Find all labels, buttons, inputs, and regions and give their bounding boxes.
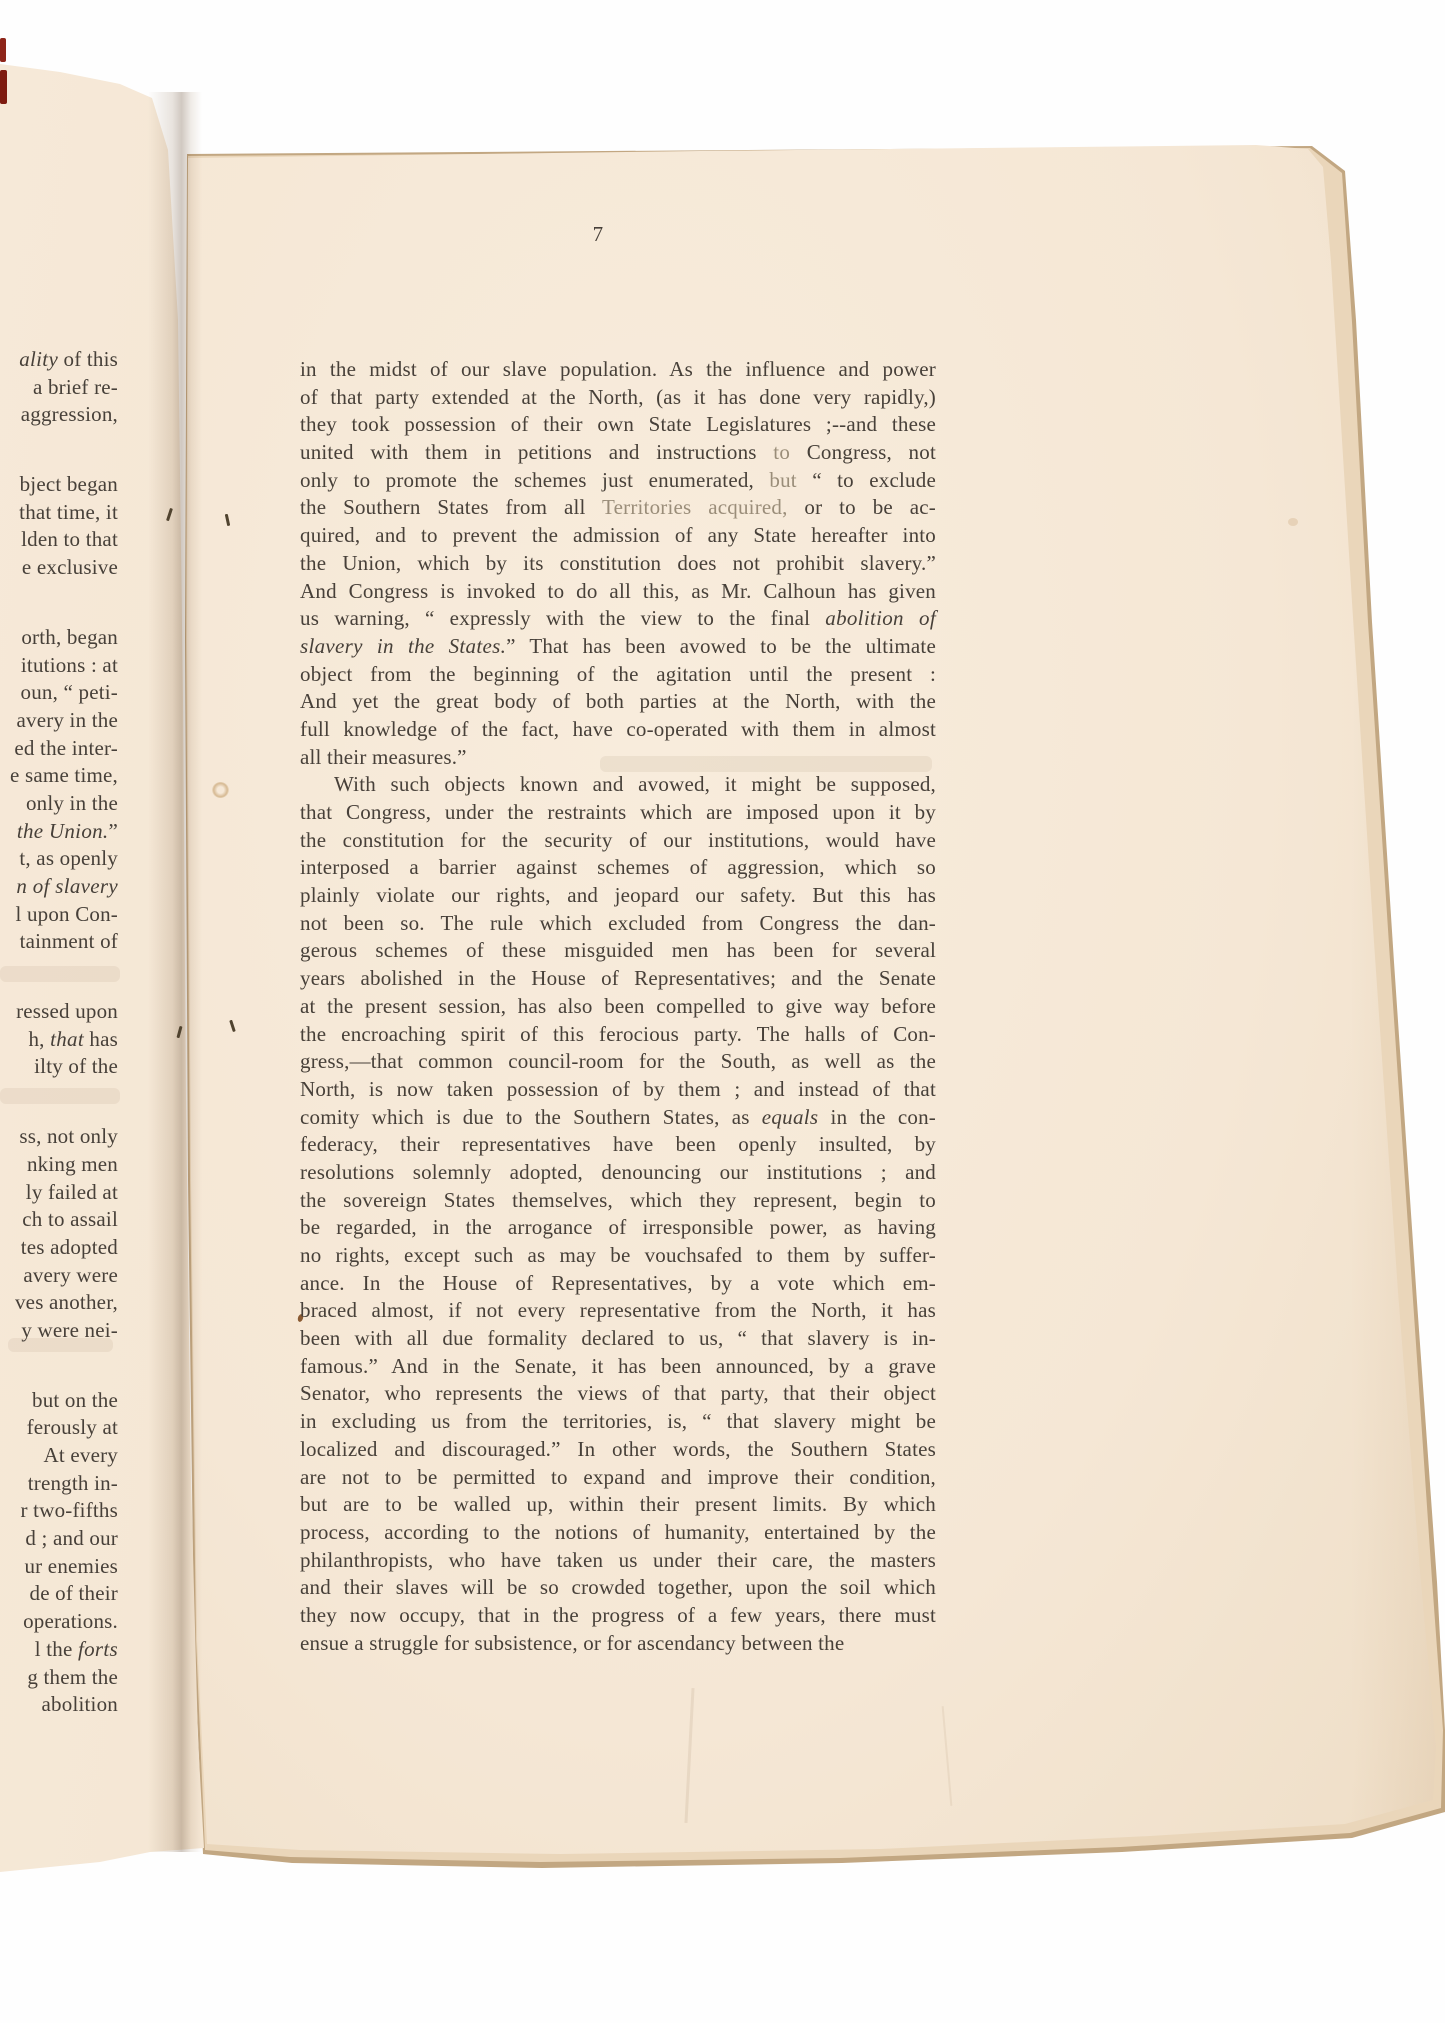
italic-text: slavery in the States. [300,634,506,658]
text-run: l the [35,1637,78,1661]
main-text-column: in the midst of our slave population. As… [300,356,936,1657]
text-line: ur enemies [0,1553,118,1581]
text-run: of this [58,347,118,371]
text-line: n of slavery [0,873,118,901]
text-run: braced almost, if not every representati… [300,1298,936,1322]
line-gap [0,1081,118,1123]
text-run: ” That has been avowed to be the ultimat… [506,634,936,658]
text-run: the Southern States from all [300,495,602,519]
text-run: Senator, who represents the views of tha… [300,1381,936,1405]
text-line: braced almost, if not every representati… [300,1297,936,1325]
text-line: in the midst of our slave population. As… [300,356,936,384]
text-line: r two-fifths [0,1497,118,1525]
text-run: gerous schemes of these misguided men ha… [300,938,936,962]
text-run: plainly violate our rights, and jeopard … [300,883,936,907]
text-line: nking men [0,1151,118,1179]
text-line: l upon Con- [0,901,118,929]
text-line: the Union.” [0,818,118,846]
text-run: de of their [30,1581,119,1605]
italic-text: ality [19,347,58,371]
text-line: operations. [0,1608,118,1636]
text-line: interposed a barrier against schemes of … [300,854,936,882]
text-run: not been so. The rule which excluded fro… [300,911,936,935]
text-line: united with them in petitions and instru… [300,439,936,467]
italic-text: abolition of [825,606,936,630]
text-run: tainment of [20,929,118,953]
text-run: in excluding us from the territories, is… [300,1409,936,1433]
text-run: to [773,440,790,464]
text-run: in the midst of our slave population. As… [300,357,936,381]
text-run: has [84,1027,118,1051]
text-line: are not to be permitted to expand and im… [300,1464,936,1492]
text-line: localized and discouraged.” In other wor… [300,1436,936,1464]
text-run: the Union, which by its constitution doe… [300,551,936,575]
text-line: gerous schemes of these misguided men ha… [300,937,936,965]
text-line: avery in the [0,707,118,735]
text-line: that time, it [0,499,118,527]
text-run: years abolished in the House of Represen… [300,966,936,990]
text-run: e exclusive [22,555,118,579]
text-line: process, according to the notions of hum… [300,1519,936,1547]
text-line: only to promote the schemes just enumera… [300,467,936,495]
text-line: lden to that [0,526,118,554]
text-run: of that party extended at the North, (as… [300,385,936,409]
text-line: the Southern States from all Territories… [300,494,936,522]
text-run: ance. In the House of Representatives, b… [300,1271,936,1295]
text-line: d ; and our [0,1525,118,1553]
text-line: ance. In the House of Representatives, b… [300,1270,936,1298]
text-run: object from the beginning of the agitati… [300,662,936,686]
text-run: that time, it [19,500,118,524]
text-run: the encroaching spirit of this ferocious… [300,1022,936,1046]
text-line: ly failed at [0,1179,118,1207]
text-line: aggression, [0,401,118,429]
text-line: the Union, which by its constitution doe… [300,550,936,578]
text-run: ilty of the [34,1054,118,1078]
line-gap [0,956,118,998]
text-line: quired, and to prevent the admission of … [300,522,936,550]
text-line: only in the [0,790,118,818]
italic-text: the Union. [17,819,109,843]
text-run: nking men [27,1152,118,1176]
text-run: united with them in petitions and instru… [300,440,773,464]
text-run: they now occupy, that in the progress of… [300,1603,936,1627]
text-run: avery were [23,1263,118,1287]
text-run: been with all due formality declared to … [300,1326,936,1350]
text-run: at the present session, has also been co… [300,994,936,1018]
text-line: g them the [0,1664,118,1692]
text-run: oun, “ peti- [21,680,118,704]
text-line: gress,—that common council-room for the … [300,1048,936,1076]
text-run: ensue a struggle for subsistence, or for… [300,1631,844,1655]
text-line: philanthropists, who have taken us under… [300,1547,936,1575]
text-run: only to promote the schemes just enumera… [300,468,769,492]
text-line: ensue a struggle for subsistence, or for… [300,1630,936,1658]
text-line: y were nei- [0,1317,118,1345]
line-gap [0,429,118,471]
text-run: operations. [23,1609,118,1633]
foxing-spot [1288,518,1298,526]
binding-red-edge [0,70,7,104]
text-run: but are to be walled up, within their pr… [300,1492,936,1516]
text-line: slavery in the States.” That has been av… [300,633,936,661]
text-run: l upon Con- [15,902,118,926]
text-run: ly failed at [26,1180,118,1204]
text-line: that Congress, under the restraints whic… [300,799,936,827]
text-run: ves another, [15,1290,118,1314]
facing-page-text-fragment: ality of thisa brief re-aggression,bject… [0,346,118,1719]
text-line: ressed upon [0,998,118,1026]
text-line: abolition [0,1691,118,1719]
text-line: federacy, their representatives have bee… [300,1131,936,1159]
text-run: orth, began [21,625,118,649]
text-run: full knowledge of the fact, have co-oper… [300,717,936,741]
text-run: e same time, [10,763,118,787]
text-line: ality of this [0,346,118,374]
text-line: Senator, who represents the views of tha… [300,1380,936,1408]
text-run: and their slaves will be so crowded toge… [300,1575,936,1599]
text-line: tes adopted [0,1234,118,1262]
text-run: resolutions solemnly adopted, denouncing… [300,1160,936,1184]
text-run: quired, and to prevent the admission of … [300,523,936,547]
text-run: be regarded, in the arrogance of irrespo… [300,1215,936,1239]
text-run: comity which is due to the Southern Stat… [300,1105,762,1129]
text-run: Congress, not [790,440,936,464]
text-line: t, as openly [0,845,118,873]
text-line: ch to assail [0,1206,118,1234]
text-line: no rights, except such as may be vouchsa… [300,1242,936,1270]
text-run: d ; and our [25,1526,118,1550]
italic-text: equals [762,1105,819,1129]
text-run: only in the [26,791,118,815]
text-line: ferously at [0,1414,118,1442]
text-run: And yet the great body of both parties a… [300,689,936,713]
text-line: e same time, [0,762,118,790]
text-run: a brief re- [33,375,118,399]
text-line: bject began [0,471,118,499]
text-line: trength in- [0,1470,118,1498]
text-line: ves another, [0,1289,118,1317]
text-run: y were nei- [21,1318,118,1342]
text-line: l the forts [0,1636,118,1664]
text-line: de of their [0,1580,118,1608]
text-run: avery in the [16,708,118,732]
text-line: orth, began [0,624,118,652]
text-line: all their measures.” [300,744,936,772]
text-run: gress,—that common council-room for the … [300,1049,936,1073]
text-run: but on the [32,1388,118,1412]
text-line: at the present session, has also been co… [300,993,936,1021]
text-line: us warning, “ expressly with the view to… [300,605,936,633]
italic-text: n of slavery [16,874,118,898]
text-line: the sovereign States themselves, which t… [300,1187,936,1215]
text-line: years abolished in the House of Represen… [300,965,936,993]
text-line: e exclusive [0,554,118,582]
text-run: that Congress, under the restraints whic… [300,800,936,824]
foxing-ring-spot [212,782,229,798]
text-run: lden to that [21,527,118,551]
text-run: itutions : at [21,653,118,677]
text-line: but are to be walled up, within their pr… [300,1491,936,1519]
text-line: comity which is due to the Southern Stat… [300,1104,936,1132]
text-line: tainment of [0,928,118,956]
text-line: not been so. The rule which excluded fro… [300,910,936,938]
text-line: ilty of the [0,1053,118,1081]
text-run: North, is now taken possession of by the… [300,1077,936,1101]
text-run: ed the inter- [14,736,118,760]
text-run: abolition [42,1692,118,1716]
text-run: famous.” And in the Senate, it has been … [300,1354,936,1378]
text-run: or to be ac- [788,495,936,519]
text-run: Territories acquired, [602,495,788,519]
text-run: ressed upon [16,999,118,1023]
text-line: the encroaching spirit of this ferocious… [300,1021,936,1049]
text-run: localized and discouraged.” In other wor… [300,1437,936,1461]
text-run: aggression, [21,402,118,426]
text-line: full knowledge of the fact, have co-oper… [300,716,936,744]
text-line: plainly violate our rights, and jeopard … [300,882,936,910]
text-line: ed the inter- [0,735,118,763]
text-run: ” [108,819,118,843]
text-line: resolutions solemnly adopted, denouncing… [300,1159,936,1187]
text-run: ur enemies [24,1554,118,1578]
text-line: they now occupy, that in the progress of… [300,1602,936,1630]
text-run: h, [28,1027,50,1051]
text-line: the constitution for the security of our… [300,827,936,855]
text-line: been with all due formality declared to … [300,1325,936,1353]
text-run: trength in- [28,1471,118,1495]
text-line: North, is now taken possession of by the… [300,1076,936,1104]
text-line: ss, not only [0,1123,118,1151]
text-run: in the con- [818,1105,936,1129]
binding-red-edge [0,38,6,62]
text-run: federacy, their representatives have bee… [300,1132,936,1156]
text-run: interposed a barrier against schemes of … [300,855,936,879]
text-run: ss, not only [19,1124,118,1148]
line-gap [0,1345,118,1387]
italic-text: that [50,1027,84,1051]
text-run: process, according to the notions of hum… [300,1520,936,1544]
text-line: they took possession of their own State … [300,411,936,439]
line-gap [0,582,118,624]
text-run: ferously at [27,1415,118,1439]
text-run: philanthropists, who have taken us under… [300,1548,936,1572]
text-line: itutions : at [0,652,118,680]
text-run: they took possession of their own State … [300,412,936,436]
text-run: the sovereign States themselves, which t… [300,1188,936,1212]
italic-text: forts [78,1637,118,1661]
text-line: of that party extended at the North, (as… [300,384,936,412]
text-run: tes adopted [21,1235,118,1259]
text-line: oun, “ peti- [0,679,118,707]
text-run: r two-fifths [21,1498,118,1522]
text-line: a brief re- [0,374,118,402]
photographed-pamphlet: 7 in the midst of our slave population. … [0,0,1445,2023]
text-run: us warning, “ expressly with the view to… [300,606,825,630]
text-run: all their measures.” [300,745,467,769]
page-number: 7 [280,222,916,247]
text-run: t, as openly [19,846,118,870]
text-run: At every [44,1443,119,1467]
text-line: but on the [0,1387,118,1415]
text-line: With such objects known and avowed, it m… [300,771,936,799]
text-run: “ to exclude [797,468,936,492]
text-run: g them the [27,1665,118,1689]
text-line: famous.” And in the Senate, it has been … [300,1353,936,1381]
text-line: in excluding us from the territories, is… [300,1408,936,1436]
text-line: And yet the great body of both parties a… [300,688,936,716]
text-line: be regarded, in the arrogance of irrespo… [300,1214,936,1242]
text-line: At every [0,1442,118,1470]
text-run: but [769,468,796,492]
text-run: the constitution for the security of our… [300,828,936,852]
text-line: h, that has [0,1026,118,1054]
text-run: And Congress is invoked to do all this, … [300,579,936,603]
text-run: With such objects known and avowed, it m… [334,772,936,796]
text-run: ch to assail [22,1207,118,1231]
text-run: no rights, except such as may be vouchsa… [300,1243,936,1267]
text-line: And Congress is invoked to do all this, … [300,578,936,606]
text-line: object from the beginning of the agitati… [300,661,936,689]
text-line: avery were [0,1262,118,1290]
text-run: bject began [20,472,118,496]
text-run: are not to be permitted to expand and im… [300,1465,936,1489]
text-line: and their slaves will be so crowded toge… [300,1574,936,1602]
gutter-shadow [148,92,202,1852]
